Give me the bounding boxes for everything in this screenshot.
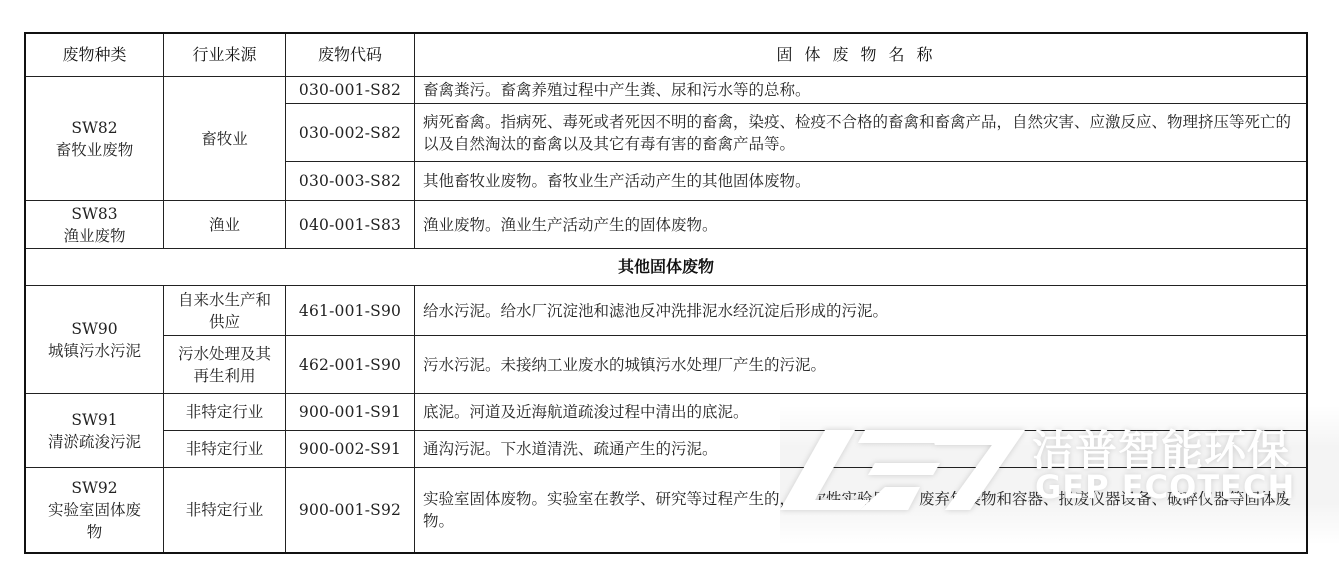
header-name: 固体废物名称 [415, 33, 1308, 77]
waste-code: 030-001-S82 [286, 77, 415, 104]
category-code: SW90 [34, 318, 155, 340]
category-cell: SW91 清淤疏浚污泥 [25, 394, 164, 468]
waste-description: 实验室固体废物。实验室在教学、研究等过程产生的，一次性实验用品、废弃包装物和容器… [415, 468, 1308, 553]
header-category: 废物种类 [25, 33, 164, 77]
category-name: 实验室固体废物 [34, 499, 155, 543]
table-row: SW83 渔业废物 渔业 040-001-S83 渔业废物。渔业生产活动产生的固… [25, 201, 1307, 249]
waste-code: 461-001-S90 [286, 286, 415, 336]
section-title: 其他固体废物 [25, 249, 1307, 286]
waste-code: 030-002-S82 [286, 104, 415, 162]
waste-description: 污水污泥。未接纳工业废水的城镇污水处理厂产生的污泥。 [415, 336, 1308, 394]
waste-description: 渔业废物。渔业生产活动产生的固体废物。 [415, 201, 1308, 249]
waste-description: 畜禽粪污。畜禽养殖过程中产生粪、尿和污水等的总称。 [415, 77, 1308, 104]
waste-description: 其他畜牧业废物。畜牧业生产活动产生的其他固体废物。 [415, 162, 1308, 201]
waste-code: 900-002-S91 [286, 431, 415, 468]
industry-cell: 自来水生产和供应 [164, 286, 286, 336]
document-page: 废物种类 行业来源 废物代码 固体废物名称 SW82 畜牧业废物 畜牧业 030… [0, 0, 1339, 585]
section-row: 其他固体废物 [25, 249, 1307, 286]
waste-code: 462-001-S90 [286, 336, 415, 394]
header-code: 废物代码 [286, 33, 415, 77]
waste-description: 通沟污泥。下水道清洗、疏通产生的污泥。 [415, 431, 1308, 468]
table-row: SW92 实验室固体废物 非特定行业 900-001-S92 实验室固体废物。实… [25, 468, 1307, 553]
industry-cell: 污水处理及其再生利用 [164, 336, 286, 394]
waste-description: 给水污泥。给水厂沉淀池和滤池反冲洗排泥水经沉淀后形成的污泥。 [415, 286, 1308, 336]
solid-waste-table: 废物种类 行业来源 废物代码 固体废物名称 SW82 畜牧业废物 畜牧业 030… [24, 32, 1308, 554]
waste-description: 底泥。河道及近海航道疏浚过程中清出的底泥。 [415, 394, 1308, 431]
waste-code: 030-003-S82 [286, 162, 415, 201]
category-name: 清淤疏浚污泥 [34, 431, 155, 453]
category-code: SW82 [34, 117, 155, 139]
table-row: 非特定行业 900-002-S91 通沟污泥。下水道清洗、疏通产生的污泥。 [25, 431, 1307, 468]
waste-code: 900-001-S92 [286, 468, 415, 553]
category-name: 畜牧业废物 [34, 139, 155, 161]
industry-cell: 非特定行业 [164, 431, 286, 468]
category-name: 渔业废物 [34, 225, 155, 247]
industry-cell: 渔业 [164, 201, 286, 249]
table-header-row: 废物种类 行业来源 废物代码 固体废物名称 [25, 33, 1307, 77]
category-cell: SW90 城镇污水污泥 [25, 286, 164, 394]
category-code: SW83 [34, 203, 155, 225]
industry-cell: 非特定行业 [164, 468, 286, 553]
industry-cell: 非特定行业 [164, 394, 286, 431]
header-industry: 行业来源 [164, 33, 286, 77]
category-cell: SW92 实验室固体废物 [25, 468, 164, 553]
table-row: SW90 城镇污水污泥 自来水生产和供应 461-001-S90 给水污泥。给水… [25, 286, 1307, 336]
table-row: 污水处理及其再生利用 462-001-S90 污水污泥。未接纳工业废水的城镇污水… [25, 336, 1307, 394]
category-cell: SW83 渔业废物 [25, 201, 164, 249]
category-cell: SW82 畜牧业废物 [25, 77, 164, 201]
category-code: SW92 [34, 477, 155, 499]
industry-cell: 畜牧业 [164, 77, 286, 201]
waste-description: 病死畜禽。指病死、毒死或者死因不明的畜禽，染疫、检疫不合格的畜禽和畜禽产品，自然… [415, 104, 1308, 162]
table-row: SW91 清淤疏浚污泥 非特定行业 900-001-S91 底泥。河道及近海航道… [25, 394, 1307, 431]
category-name: 城镇污水污泥 [34, 340, 155, 362]
waste-code: 900-001-S91 [286, 394, 415, 431]
category-code: SW91 [34, 409, 155, 431]
waste-code: 040-001-S83 [286, 201, 415, 249]
table-row: SW82 畜牧业废物 畜牧业 030-001-S82 畜禽粪污。畜禽养殖过程中产… [25, 77, 1307, 104]
